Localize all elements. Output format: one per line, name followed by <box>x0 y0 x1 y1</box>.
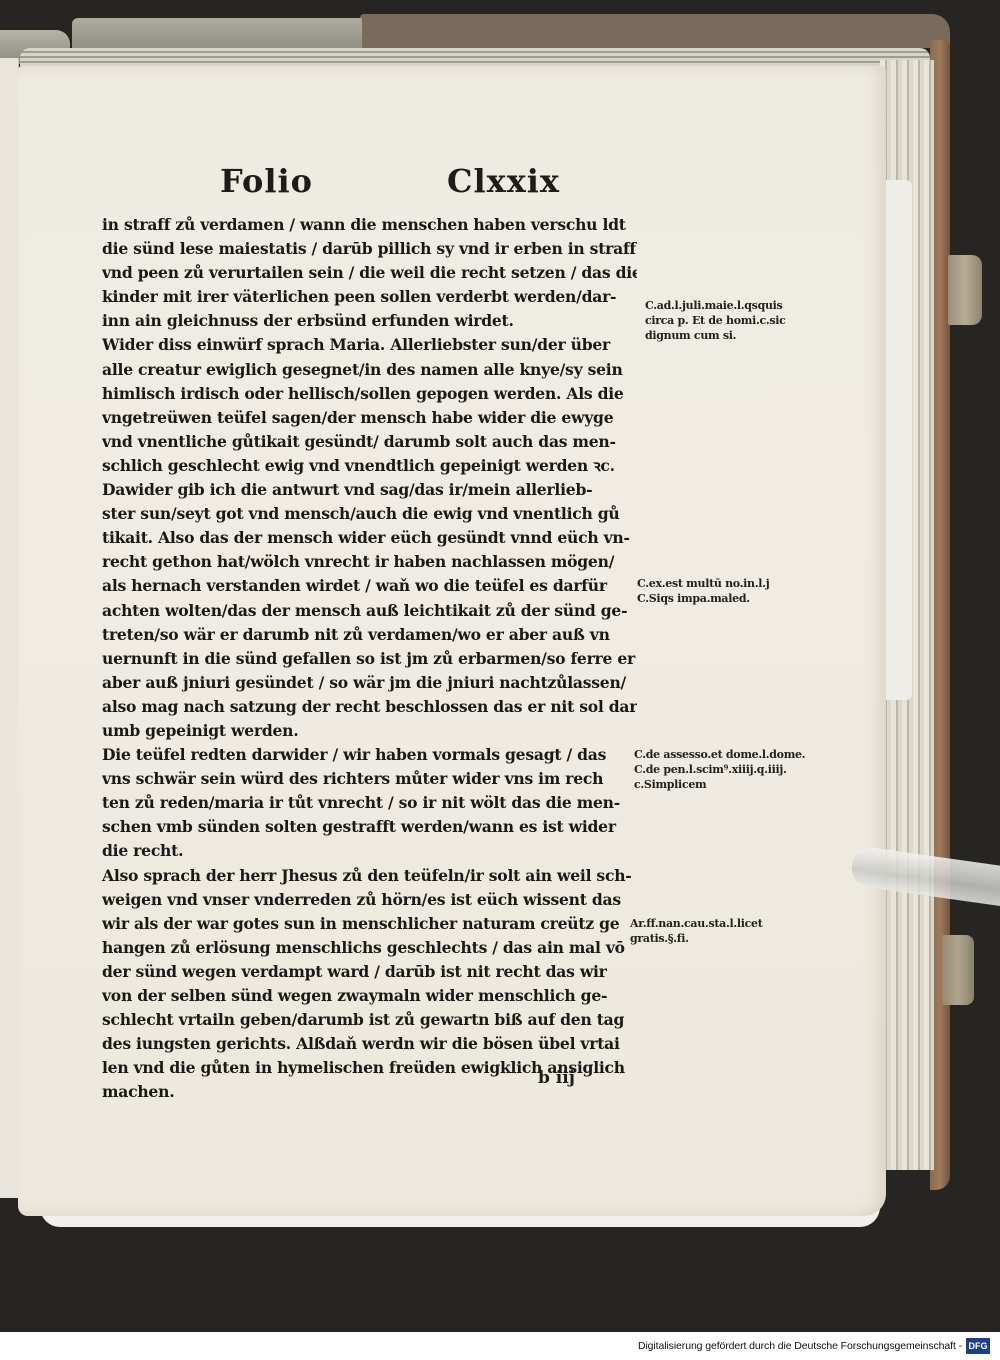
footer-bar: Digitalisierung gefördert durch die Deut… <box>0 1332 1000 1360</box>
facing-page-edge <box>0 58 19 1198</box>
text-line: hangen zů erlösung menschlichs geschlech… <box>102 936 637 960</box>
margin-note-2: C.ex.est multū no.in.l.j C.Siqs impa.mal… <box>637 576 769 606</box>
margin-note-1: C.ad.l.juli.maie.l.qsquis circa p. Et de… <box>645 298 786 343</box>
margin-note-line: c.Simplicem <box>634 777 805 792</box>
margin-note-line: dignum cum si. <box>645 328 786 343</box>
margin-note-line: circa p. Et de homi.c.sic <box>645 313 786 328</box>
text-line: Also sprach der herr Jhesus zů den teüfe… <box>102 864 637 888</box>
margin-note-line: C.ex.est multū no.in.l.j <box>637 576 769 591</box>
text-line: wir als der war gotes sun in menschliche… <box>102 912 637 936</box>
text-line: der sünd wegen verdampt ward / darūb ist… <box>102 960 637 984</box>
margin-note-line: C.de assesso.et dome.l.dome. <box>634 747 805 762</box>
main-text-block: in straff zů verdamen / wann die mensche… <box>102 213 637 1104</box>
clasp-tab-bottom <box>942 935 974 1005</box>
margin-note-line: gratis.§.fi. <box>630 931 763 946</box>
text-line: ten zů reden/maria ir tůt vnrecht / so i… <box>102 791 637 815</box>
text-line: alle creatur ewiglich gesegnet/in des na… <box>102 358 637 382</box>
folio-header: Folio Clxxix <box>220 162 560 200</box>
folio-label: Folio <box>220 162 313 200</box>
margin-note-4: Ar.ff.nan.cau.sta.l.licet gratis.§.fi. <box>630 916 763 946</box>
text-line: von der selben sünd wegen zwaymaln wider… <box>102 984 637 1008</box>
text-line: als hernach verstanden wirdet / waň wo d… <box>102 574 637 598</box>
text-line: Dawider gib ich die antwurt vnd sag/das … <box>102 478 637 502</box>
text-line: die sünd lese maiestatis / darūb pillich… <box>102 237 637 261</box>
folio-number: Clxxix <box>447 162 560 200</box>
text-line: weigen vnd vnser vnderreden zů hörn/es i… <box>102 888 637 912</box>
text-line: recht gethon hat/wölch vnrecht ir haben … <box>102 550 637 574</box>
text-line: vngetreüwen teüfel sagen/der mensch habe… <box>102 406 637 430</box>
text-line: tikait. Also das der mensch wider eüch g… <box>102 526 637 550</box>
text-line: des iungsten gerichts. Alßdaň werdn wir … <box>102 1032 637 1056</box>
text-line: schlecht vrtailn geben/darumb ist zů gew… <box>102 1008 637 1032</box>
text-line: uernunft in die sünd gefallen so ist jm … <box>102 647 637 671</box>
margin-note-line: C.ad.l.juli.maie.l.qsquis <box>645 298 786 313</box>
book-cover-top <box>360 14 950 48</box>
funding-credit: Digitalisierung gefördert durch die Deut… <box>638 1340 962 1352</box>
text-line: ster sun/seyt got vnd mensch/auch die ew… <box>102 502 637 526</box>
text-line: aber auß jniuri gesündet / so wär jm die… <box>102 671 637 695</box>
text-line: schen vmb sünden solten gestrafft werden… <box>102 815 637 839</box>
text-line: Wider diss einwürf sprach Maria. Allerli… <box>102 333 637 357</box>
clasp-tab-top <box>948 255 982 325</box>
margin-note-line: C.de pen.l.scim⁹.xiiij.q.iiij. <box>634 762 805 777</box>
text-line: in straff zů verdamen / wann die mensche… <box>102 213 637 237</box>
text-line: vns schwär sein würd des richters můter … <box>102 767 637 791</box>
text-line: schlich geschlecht ewig vnd vnendtlich g… <box>102 454 637 478</box>
text-line: also mag nach satzung der recht beschlos… <box>102 695 637 719</box>
text-line: himlisch irdisch oder hellisch/sollen ge… <box>102 382 637 406</box>
text-line: die recht. <box>102 839 637 863</box>
text-line: vnd peen zů verurtailen sein / die weil … <box>102 261 637 285</box>
text-line: treten/so wär er darumb nit zů verdamen/… <box>102 623 637 647</box>
text-line: vnd vnentliche gůtikait gesündt/ darumb … <box>102 430 637 454</box>
text-line: kinder mit irer väterlichen peen sollen … <box>102 285 637 309</box>
dfg-logo: DFG <box>966 1338 990 1354</box>
torn-page-edge <box>882 180 912 700</box>
text-line: umb gepeinigt werden. <box>102 719 637 743</box>
text-line: achten wolten/das der mensch auß leichti… <box>102 599 637 623</box>
text-line: Die teüfel redten darwider / wir haben v… <box>102 743 637 767</box>
book-spine-top <box>72 18 362 52</box>
margin-note-line: Ar.ff.nan.cau.sta.l.licet <box>630 916 763 931</box>
signature-mark: b iij <box>538 1068 575 1088</box>
margin-note-3: C.de assesso.et dome.l.dome. C.de pen.l.… <box>634 747 805 792</box>
margin-note-line: C.Siqs impa.maled. <box>637 591 769 606</box>
text-line: inn ain gleichnuss der erbsünd erfunden … <box>102 309 637 333</box>
